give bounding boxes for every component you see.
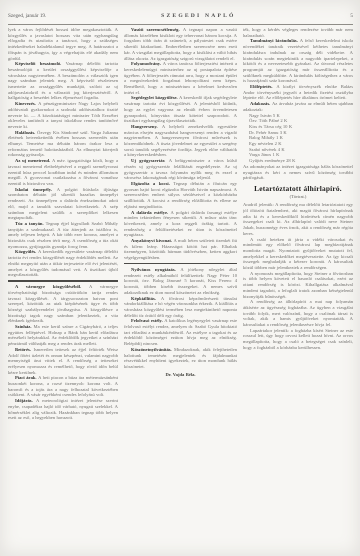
- news-item-lead: Tüz a tanyán.: [15, 221, 46, 226]
- news-item-lead: Adakozás.: [250, 101, 272, 106]
- news-item-lead: Az uj menetrend.: [15, 158, 52, 163]
- article-heading: Letartóztatott álhírlapíró.: [243, 185, 353, 193]
- news-paragraph: Szinház. Ma este kerül színre a Cigánybá…: [8, 324, 118, 347]
- news-item-lead: Betörés.: [15, 347, 33, 352]
- text-column-2: Vasúti szerencsétlenség. A tegnapi napon…: [124, 27, 237, 548]
- news-item-lead: Felolvasó estély.: [131, 318, 164, 323]
- news-item-lead: Nyilvános nyugtázás.: [131, 267, 180, 272]
- article-signature: Dr. Vajda Béla.: [124, 372, 237, 378]
- news-item-lead: Halálozás.: [15, 130, 37, 135]
- news-paragraph: Adakozás. Az árvaház javára az elmúlt hé…: [243, 101, 353, 112]
- header-rule: [8, 24, 353, 25]
- news-item-lead: Képkiállítás.: [131, 296, 161, 301]
- news-paragraph: A rendőrség az álhírlapírót a mai nap fo…: [243, 299, 353, 328]
- news-item-lead: A dalárda estélye.: [131, 210, 171, 215]
- news-paragraph: Tanulmányi kirándulás. A felső kereskede…: [243, 38, 353, 84]
- running-header: Szeged, január 19. SZEGEDI NAPLÓ 5: [8, 13, 353, 19]
- news-paragraph: Tüz a tanyán. Tegnap éjjel kigyulladt Sz…: [8, 221, 118, 250]
- news-paragraph: Kinevezés. A pénzügyminiszter Nagy Lajos…: [8, 101, 118, 130]
- news-paragraph: A vármegye közgyűléséből. A vármegye tör…: [8, 284, 118, 324]
- news-paragraph: Az adományokat az intézet igazgatósága h…: [243, 164, 353, 181]
- news-paragraph: Nyilvános nyugtázás. A jótékony nőegylet…: [124, 267, 237, 296]
- section-divider-rule: [8, 280, 118, 281]
- news-item-lead: Előléptetés.: [250, 84, 276, 89]
- news-paragraph: Időjárás. A meteorológiai intézet jelent…: [8, 398, 118, 421]
- header-title: SZEGEDI NAPLÓ: [161, 13, 235, 19]
- news-item-lead: Elgázolta a kocsi.: [131, 181, 173, 186]
- news-paragraph: A csaló heteken át járta a vidéki városo…: [243, 237, 353, 271]
- news-paragraph: Képviselői beszámoló. Vasárnap délelőtt …: [8, 61, 118, 101]
- news-item-lead: Iskolai ünnepély.: [15, 187, 57, 192]
- news-paragraph: Betörés. Ismeretlen tettesek az éjjel fe…: [8, 347, 118, 376]
- text-column-1: lyek a város fejlődését hosszú időre meg…: [8, 27, 118, 548]
- news-paragraph: lyek a város fejlődését hosszú időre meg…: [8, 27, 118, 61]
- news-paragraph: Piaci árak. A heti piacon a búza ára mét…: [8, 375, 118, 398]
- news-item-lead: Képviselői beszámoló.: [15, 61, 66, 66]
- news-paragraph: Uj gyógyszertár. A belügyminiszter a vár…: [124, 158, 237, 181]
- news-paragraph: Köszönetnyilvánítás. Mindazoknak, akik f…: [124, 347, 237, 370]
- text-column-3: ték, hogy a kérdés végleges rendezése to…: [243, 27, 353, 548]
- news-paragraph: Elgázolta a kocsi. Tegnap délután a főut…: [124, 181, 237, 210]
- news-paragraph: Folyamodvány. A város tanácsa fölterjesz…: [124, 61, 237, 95]
- news-item-lead: Piaci árak.: [15, 375, 38, 380]
- newspaper-page: Szeged, január 19. SZEGEDI NAPLÓ 5 lyek …: [0, 0, 360, 556]
- news-paragraph: Segédegylet közgyűlése. A kereskedő ifja…: [124, 95, 237, 124]
- news-paragraph: Közgyűlés. A kereskedők egyesülete vasár…: [8, 249, 118, 278]
- news-paragraph: Anyakönyvi kivonat. A mult héten születe…: [124, 238, 237, 261]
- news-item-lead: Szinház.: [15, 324, 34, 329]
- header-page-number: 5: [350, 13, 353, 19]
- news-paragraph: Képkiállítás. A fővárosi képzőművészeti …: [124, 296, 237, 319]
- news-item-lead: Segédegylet közgyűlése.: [131, 95, 179, 100]
- header-date: Szeged, január 19.: [8, 13, 46, 19]
- news-paragraph: A nyomozás megállapította, hogy Steiner …: [243, 271, 353, 300]
- news-paragraph: Lapzártakor jelentik: a fogházba kísért …: [243, 328, 353, 351]
- news-item-lead: Közgyűlés.: [15, 249, 38, 254]
- news-item-lead: Tanulmányi kirándulás.: [250, 38, 300, 43]
- news-item-lead: Uj gyógyszertár.: [131, 158, 169, 163]
- news-item-lead: Anyakönyvi kivonat.: [131, 238, 174, 243]
- donation-list: Nagy István 5 KÖzv. Tóth Pálné 2 KKiss é…: [249, 113, 353, 164]
- article-subheading: (Távirat.): [243, 194, 353, 200]
- news-paragraph: Iskolai ünnepély. A polgári fiúiskola if…: [8, 187, 118, 221]
- news-item-lead: Hangverseny.: [131, 124, 162, 129]
- news-paragraph: ték, hogy a kérdés végleges rendezése to…: [243, 27, 353, 38]
- news-paragraph: Felolvasó estély. A katolikus legényegyl…: [124, 318, 237, 347]
- news-item-lead: Folyamodvány.: [131, 61, 163, 66]
- news-paragraph: Halálozás. Özvegy Kis Sándorné szül. Var…: [8, 130, 118, 159]
- news-paragraph: Az uj menetrend. A máv. igazgatósága köz…: [8, 158, 118, 187]
- news-paragraph: Vasúti szerencsétlenség. A tegnapi napon…: [124, 27, 237, 61]
- news-item-lead: Kinevezés.: [15, 101, 38, 106]
- section-divider-rule: [124, 263, 237, 264]
- news-item-lead: A vármegye közgyűléséből.: [15, 284, 89, 289]
- news-item-lead: Időjárás.: [15, 398, 36, 403]
- news-paragraph: Aradról jelentik: A rendőrség ma délelőt…: [243, 202, 353, 236]
- news-paragraph: Előléptetés. A királyi törvényszék elnök…: [243, 84, 353, 101]
- news-item-lead: Köszönetnyilvánítás.: [131, 347, 174, 352]
- news-paragraph: A dalárda estélye. A polgári dalárda far…: [124, 210, 237, 239]
- news-paragraph: Hangverseny. A helybeli zenekedvelők egy…: [124, 124, 237, 158]
- news-item-lead: Vasúti szerencsétlenség.: [131, 27, 183, 32]
